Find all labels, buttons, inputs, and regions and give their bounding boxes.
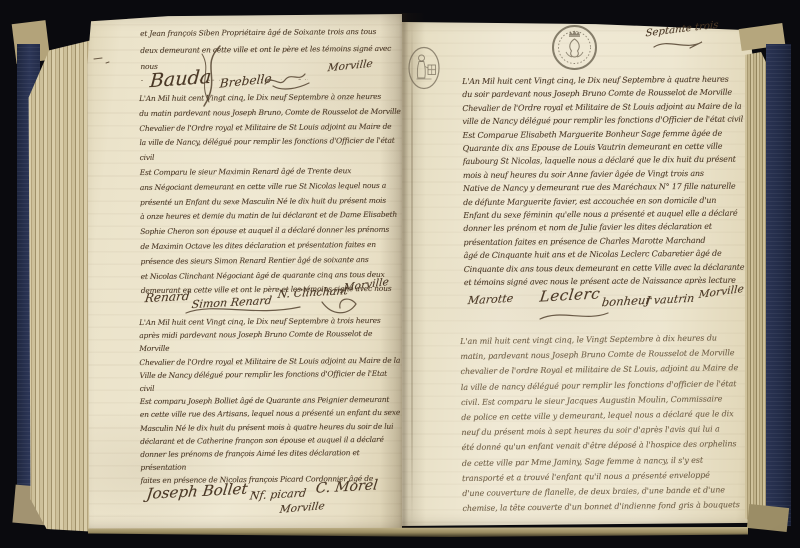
crowned-round-official-seal-stamp	[551, 24, 598, 75]
right-cover-board	[766, 44, 791, 526]
signature-underline-flourish	[538, 308, 612, 327]
birth-act-favier-text: L'An Mil huit cent Vingt cinq, le Dix ne…	[462, 72, 752, 292]
birth-act-renard-text: L'An Mil huit cent Vingt cinq, le Dix ne…	[139, 90, 404, 299]
foundling-act-moulin-text: L'an mil huit cent vingt cinq, le Vingt …	[460, 330, 753, 519]
left-page-edge-stack	[28, 38, 90, 534]
signature-vautrin: J vautrin	[645, 292, 695, 307]
pencil-mark	[92, 52, 114, 71]
signature-marotte: Marotte	[467, 292, 514, 307]
standing-figure-oval-revenue-stamp	[407, 46, 441, 95]
signature-morel: C. Morel	[315, 477, 379, 496]
folio-flourish	[652, 38, 706, 58]
signature-leclerc: Leclerc	[539, 284, 602, 305]
right-cover-corner-bottom	[747, 504, 789, 532]
birth-act-bolliet-text: L'An Mil huit cent Vingt cinq, le Dix ne…	[139, 314, 403, 489]
photograph-open-register-book: et Jean françois Siben Propriétaire âgé …	[0, 0, 800, 548]
bottom-page-edge	[88, 527, 748, 537]
signature-bauda: Bauda	[149, 66, 212, 92]
